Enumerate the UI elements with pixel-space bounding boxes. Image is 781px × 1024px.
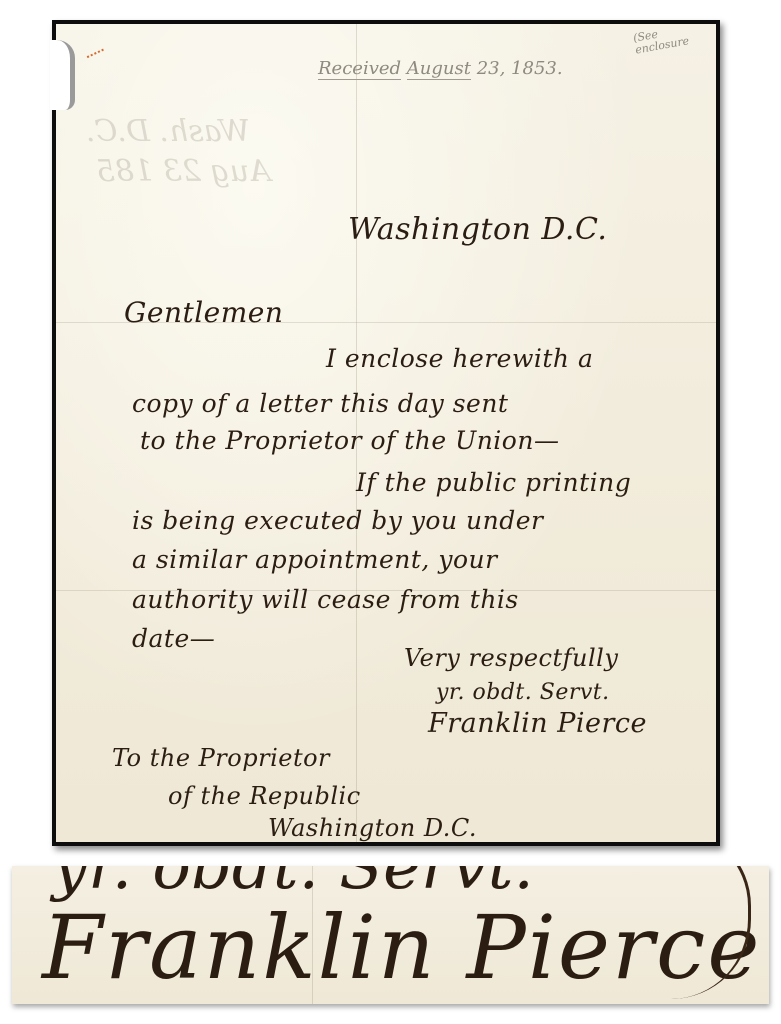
address-line: To the Proprietor [112, 744, 330, 772]
body-line: I enclose herewith a [326, 344, 593, 373]
wax-stain [87, 49, 108, 66]
body-line: a similar appointment, your [132, 545, 498, 574]
address-line: Washington D.C. [268, 814, 477, 842]
detail-signature: Franklin Pierce [42, 896, 761, 999]
letter-paper: Wash. D.C. Aug 23 185 Received August 23… [56, 24, 716, 842]
show-through-text: Wash. D.C. [86, 114, 250, 149]
body-line: If the public printing [356, 468, 631, 497]
address-line: of the Republic [168, 782, 361, 810]
see-enclosure-note: (See enclosure [632, 23, 690, 56]
body-line: copy of a letter this day sent [132, 389, 508, 418]
closing-line: Very respectfully [404, 644, 618, 672]
closing-line: yr. obdt. Servt. [436, 680, 610, 705]
torn-edge [50, 40, 75, 110]
received-label: Received [318, 58, 401, 80]
body-line: date— [132, 624, 215, 653]
letter-place: Washington D.C. [348, 212, 607, 247]
body-line: authority will cease from this [132, 585, 519, 614]
signature: Franklin Pierce [428, 708, 647, 739]
signature-detail-strip: yr. obdt. Servt. Franklin Pierce [12, 866, 769, 1004]
show-through-text: Aug 23 185 [96, 154, 271, 189]
received-annotation: Received August 23, 1853. [318, 58, 563, 79]
body-line: is being executed by you under [132, 506, 543, 535]
body-line: to the Proprietor of the Union— [140, 426, 559, 455]
received-month: August [407, 58, 471, 80]
letter-frame: Wash. D.C. Aug 23 185 Received August 23… [52, 20, 720, 846]
received-date: 23, 1853. [477, 58, 563, 79]
letter-salutation: Gentlemen [124, 296, 283, 329]
